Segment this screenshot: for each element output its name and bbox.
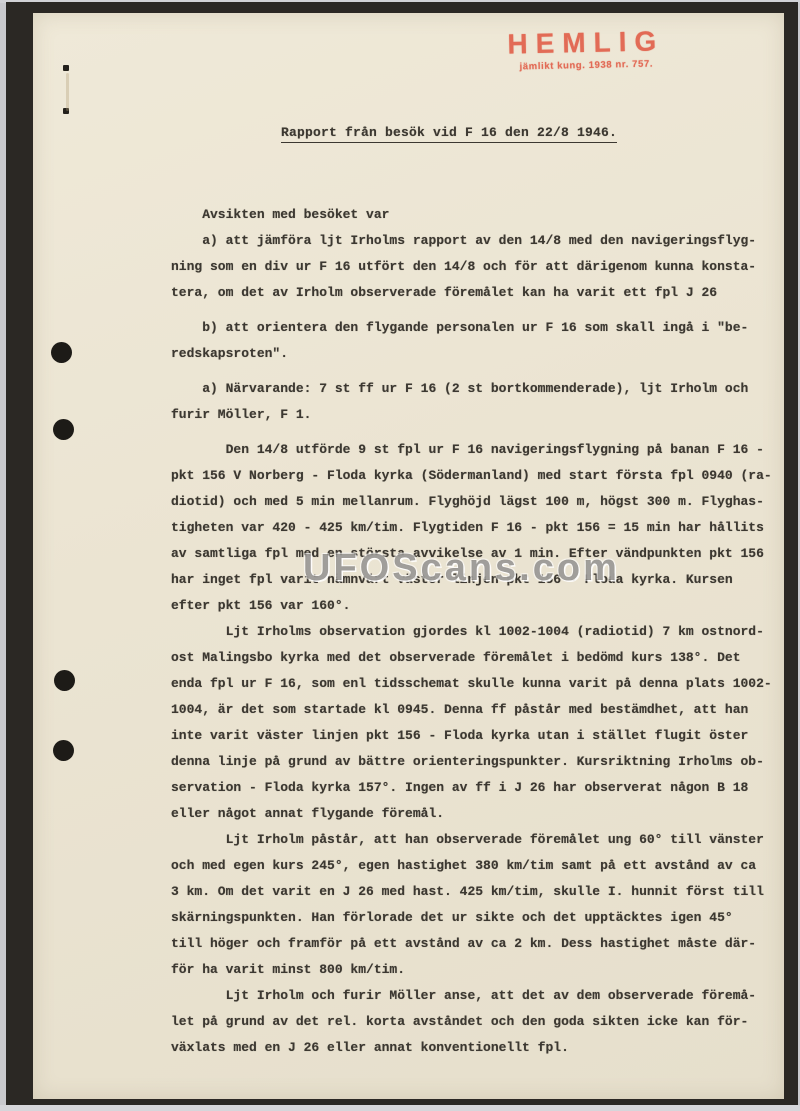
text-line: 3 km. Om det varit en J 26 med hast. 425… (171, 879, 783, 905)
text-line: pkt 156 V Norberg - Floda kyrka (Söderma… (171, 463, 783, 489)
text-line: efter pkt 156 var 160°. (171, 593, 783, 619)
text-line: Avsikten med besöket var (171, 202, 783, 228)
text-line: ning som en div ur F 16 utfört den 14/8 … (171, 254, 783, 280)
text-line: Ljt Irholm och furir Möller anse, att de… (171, 983, 783, 1009)
punch-hole (53, 419, 74, 440)
paragraph: Ljt Irholm påstår, att han observerade f… (171, 827, 783, 983)
text-line: till höger och framför på ett avstånd av… (171, 931, 783, 957)
secret-stamp: HEMLIG jämlikt kung. 1938 nr. 757. (491, 27, 682, 73)
text-line: a) att jämföra ljt Irholms rapport av de… (171, 228, 783, 254)
paper-crease (66, 73, 69, 111)
scanner-background-bottom (0, 1105, 800, 1111)
text-line: för ha varit minst 800 km/tim. (171, 957, 783, 983)
text-line: furir Möller, F 1. (171, 402, 783, 428)
text-line: 1004, är det som startade kl 0945. Denna… (171, 697, 783, 723)
text-line: eller något annat flygande föremål. (171, 801, 783, 827)
punch-hole (53, 740, 74, 761)
text-line: let på grund av det rel. korta avståndet… (171, 1009, 783, 1035)
text-line: redskapsroten". (171, 341, 783, 367)
punch-hole (54, 670, 75, 691)
text-line: servation - Floda kyrka 157°. Ingen av f… (171, 775, 783, 801)
secret-stamp-word: HEMLIG (491, 27, 682, 59)
text-line: Ljt Irholms observation gjordes kl 1002-… (171, 619, 783, 645)
text-line: a) Närvarande: 7 st ff ur F 16 (2 st bor… (171, 376, 783, 402)
document-body: Avsikten med besöket var a) att jämföra … (171, 202, 783, 1061)
punch-hole (51, 342, 72, 363)
paragraph: Den 14/8 utförde 9 st fpl ur F 16 navige… (171, 437, 783, 619)
document-title: Rapport från besök vid F 16 den 22/8 194… (281, 125, 617, 143)
ufoscans-watermark: UFOScans.com (303, 547, 620, 590)
text-line: och med egen kurs 245°, egen hastighet 3… (171, 853, 783, 879)
text-line: b) att orientera den flygande personalen… (171, 315, 783, 341)
text-line: Ljt Irholm påstår, att han observerade f… (171, 827, 783, 853)
paragraph: a) Närvarande: 7 st ff ur F 16 (2 st bor… (171, 376, 783, 428)
scan-dark-border: HEMLIG jämlikt kung. 1938 nr. 757. Rappo… (6, 2, 798, 1105)
text-line: tigheten var 420 - 425 km/tim. Flygtiden… (171, 515, 783, 541)
document-page: HEMLIG jämlikt kung. 1938 nr. 757. Rappo… (33, 13, 784, 1099)
text-line: enda fpl ur F 16, som enl tidsschemat sk… (171, 671, 783, 697)
staple-hole (63, 65, 69, 71)
text-line: Den 14/8 utförde 9 st fpl ur F 16 navige… (171, 437, 783, 463)
text-line: inte varit väster linjen pkt 156 - Floda… (171, 723, 783, 749)
paragraph: a) att jämföra ljt Irholms rapport av de… (171, 228, 783, 306)
text-line: denna linje på grund av bättre orienteri… (171, 749, 783, 775)
paragraph: Ljt Irholm och furir Möller anse, att de… (171, 983, 783, 1061)
paragraph: Ljt Irholms observation gjordes kl 1002-… (171, 619, 783, 827)
secret-stamp-reference: jämlikt kung. 1938 nr. 757. (491, 58, 681, 73)
text-line: diotid) och med 5 min mellanrum. Flyghöj… (171, 489, 783, 515)
text-line: växlats med en J 26 eller annat konventi… (171, 1035, 783, 1061)
paragraph: b) att orientera den flygande personalen… (171, 315, 783, 367)
text-line: skärningspunkten. Han förlorade det ur s… (171, 905, 783, 931)
text-line: tera, om det av Irholm observerade förem… (171, 280, 783, 306)
text-line: ost Malingsbo kyrka med det observerade … (171, 645, 783, 671)
paragraph: Avsikten med besöket var (171, 202, 783, 228)
